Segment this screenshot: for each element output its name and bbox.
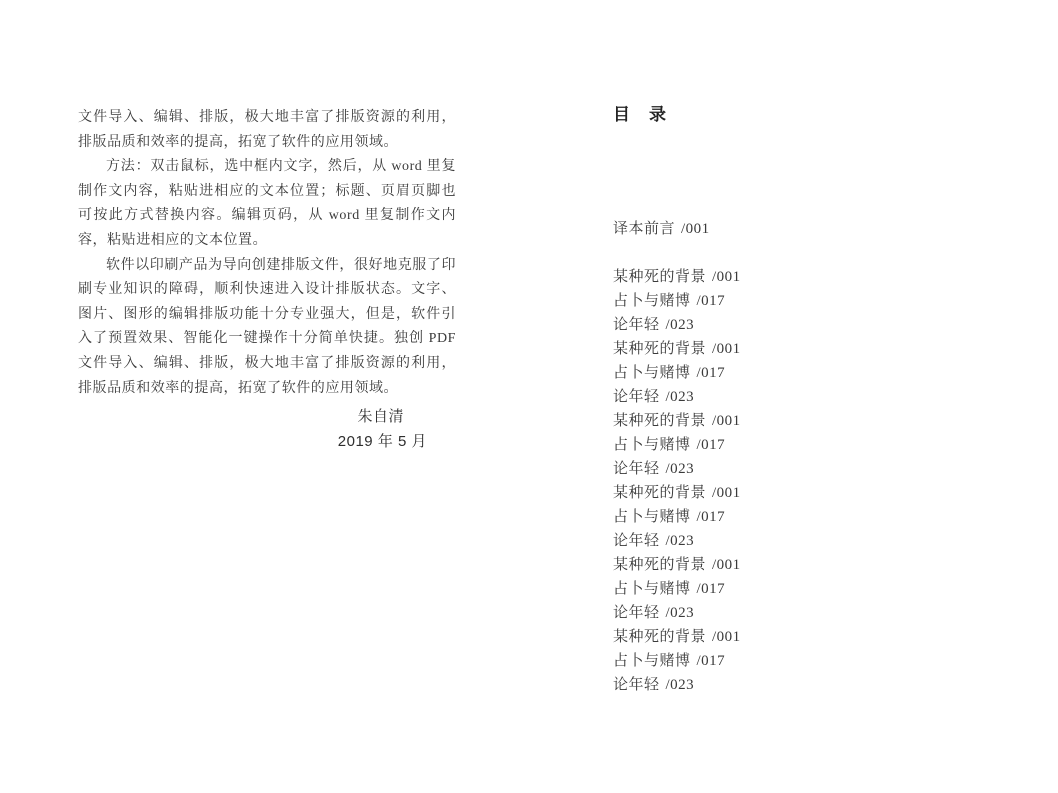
toc-entry-label: 占卜与赌博 [613,293,691,309]
toc-entry-page: /001 [712,269,741,285]
toc-entry: 论年轻/023 [613,673,983,697]
toc-entry-page: /017 [697,365,726,381]
toc-title: 目 录 [613,103,983,127]
toc-entry: 占卜与赌博/017 [613,433,983,457]
toc-entry: 论年轻/023 [613,529,983,553]
toc-entry-label: 论年轻 [613,533,660,549]
toc-entry-label: 译本前言 [613,221,675,237]
toc-entry-page: /023 [666,533,695,549]
toc-entry-page: /023 [666,317,695,333]
toc-entry-label: 某种死的背景 [613,557,706,573]
toc-entry-label: 某种死的背景 [613,629,706,645]
toc-entry: 占卜与赌博/017 [613,649,983,673]
toc-entry-label: 某种死的背景 [613,485,706,501]
toc-entry-label: 占卜与赌博 [613,581,691,597]
toc-entry-page: /023 [666,605,695,621]
toc-entry: 某种死的背景/001 [613,265,983,289]
toc-entry: 某种死的背景/001 [613,625,983,649]
toc-entry-label: 论年轻 [613,317,660,333]
toc-preface-entry: 译本前言/001 [613,217,983,241]
toc-entry-page: /017 [697,581,726,597]
toc-entry-page: /001 [712,557,741,573]
toc-entry-page: /023 [666,677,695,693]
toc-entry: 某种死的背景/001 [613,481,983,505]
toc-entry: 论年轻/023 [613,457,983,481]
toc-entry-label: 某种死的背景 [613,413,706,429]
right-page: 目 录 译本前言/001 某种死的背景/001 占卜与赌博/017 论年轻/02… [613,103,983,697]
toc-entry-page: /001 [681,221,710,237]
toc-entry: 某种死的背景/001 [613,553,983,577]
toc-entry-page: /017 [697,653,726,669]
paragraph-list: 方法：双击鼠标，选中框内文字，然后，从 word 里复制作文内容，粘贴进相应的文… [78,155,456,401]
toc-entry-label: 论年轻 [613,389,660,405]
toc-entry: 论年轻/023 [613,385,983,409]
left-page: 文件导入、编辑、排版，极大地丰富了排版资源的利用，排版品质和效率的提高，拓宽了软… [78,106,456,453]
toc-entry-label: 某种死的背景 [613,269,706,285]
toc-entry-label: 占卜与赌博 [613,653,691,669]
toc-entry-page: /001 [712,485,741,501]
toc-entry-page: /017 [697,293,726,309]
toc-entry-page: /001 [712,629,741,645]
toc-entry: 占卜与赌博/017 [613,289,983,313]
author-signature: 朱自清 [78,405,456,430]
continuation-paragraph: 文件导入、编辑、排版，极大地丰富了排版资源的利用，排版品质和效率的提高，拓宽了软… [78,106,456,155]
toc-list: 某种死的背景/001 占卜与赌博/017 论年轻/023 某种死的背景/001 … [613,265,983,697]
toc-entry-page: /023 [666,461,695,477]
toc-entry-label: 占卜与赌博 [613,365,691,381]
book-spread: 文件导入、编辑、排版，极大地丰富了排版资源的利用，排版品质和效率的提高，拓宽了软… [0,0,1058,793]
toc-entry-label: 占卜与赌博 [613,509,691,525]
toc-entry-page: /017 [697,437,726,453]
signature-block: 朱自清 2019 年 5 月 [78,405,456,453]
toc-entry: 某种死的背景/001 [613,337,983,361]
toc-entry: 占卜与赌博/017 [613,577,983,601]
paragraph: 方法：双击鼠标，选中框内文字，然后，从 word 里复制作文内容，粘贴进相应的文… [78,155,456,253]
toc-entry: 论年轻/023 [613,313,983,337]
toc-entry-label: 论年轻 [613,677,660,693]
toc-entry-label: 占卜与赌博 [613,437,691,453]
toc-entry: 某种死的背景/001 [613,409,983,433]
toc-entry-page: /017 [697,509,726,525]
toc-entry: 占卜与赌博/017 [613,361,983,385]
toc-entry-page: /023 [666,389,695,405]
toc-entry: 论年轻/023 [613,601,983,625]
toc-entry-page: /001 [712,341,741,357]
toc-entry-label: 论年轻 [613,461,660,477]
toc-entry-page: /001 [712,413,741,429]
paragraph: 软件以印刷产品为导向创建排版文件，很好地克服了印刷专业知识的障碍，顺利快速进入设… [78,254,456,402]
toc-entry-label: 论年轻 [613,605,660,621]
toc-entry: 占卜与赌博/017 [613,505,983,529]
signature-date: 2019 年 5 月 [78,430,456,453]
toc-entry-label: 某种死的背景 [613,341,706,357]
